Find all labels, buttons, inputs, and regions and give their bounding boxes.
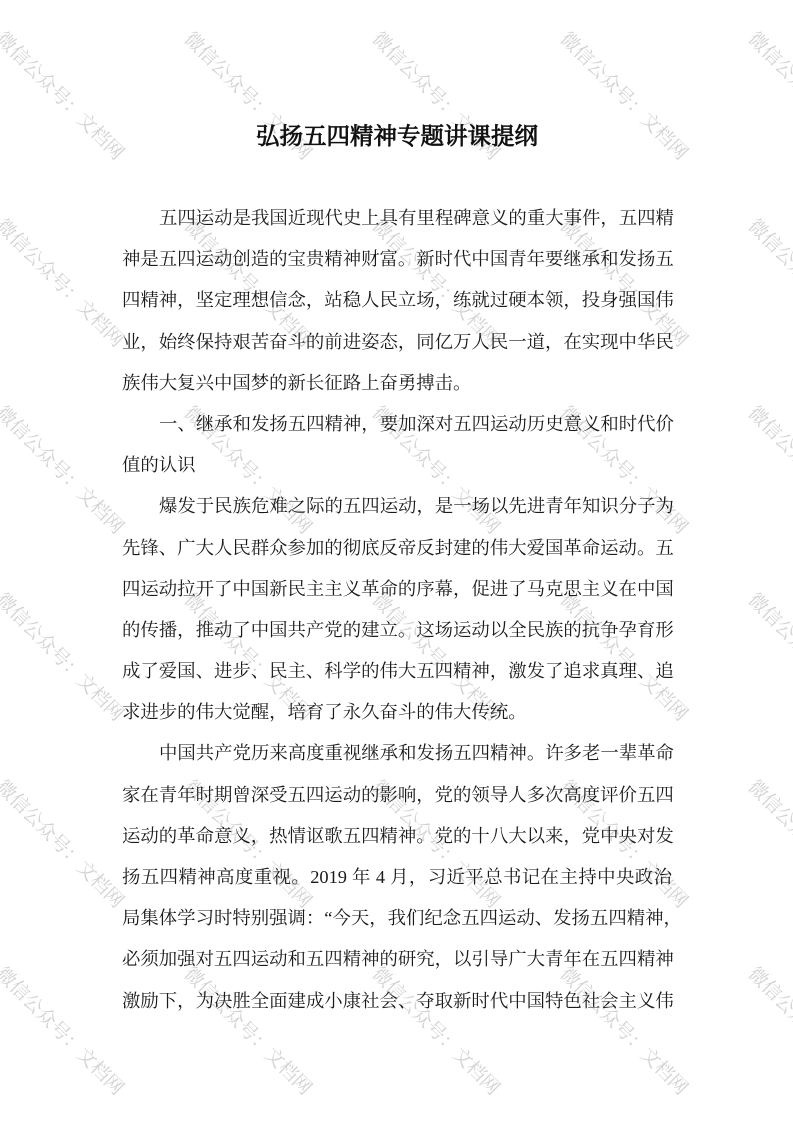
watermark-text: 微信公众号：文档网 [0,399,131,539]
paragraph-line: 先锋、广大人民群众参加的彻底反帝反封建的伟大爱国革命运动。五 [122,528,672,569]
paragraph-line: 中国共产党历来高度重视继承和发扬五四精神。许多老一辈革命 [122,733,672,774]
paragraph-line: 的传播，推动了中国共产党的建立。这场运动以全民族的抗争孕育形 [122,610,672,651]
paragraph-line: 求进步的伟大觉醒，培育了永久奋斗的伟大传统。 [122,692,672,733]
paragraph-line: 爆发于民族危难之际的五四运动，是一场以先进青年知识分子为 [122,486,672,527]
watermark-text: 微信公众号：文档网 [743,212,793,352]
watermark-text: 微信公众号：文档网 [743,399,793,539]
document-page: 微信公众号：文档网微信公众号：文档网微信公众号：文档网微信公众号：文档网微信公众… [0,0,793,1122]
paragraph-line: 神是五四运动创造的宝贵精神财富。新时代中国青年要继承和发扬五 [122,239,672,280]
paragraph-line: 业，始终保持艰苦奋斗的前进姿态，同亿万人民一道，在实现中华民 [122,322,672,363]
watermark-text: 微信公众号：文档网 [0,773,131,913]
watermark-text: 微信公众号：文档网 [0,212,131,352]
document-title: 弘扬五四精神专题讲课提纲 [122,121,672,153]
watermark-text: 微信公众号：文档网 [743,960,793,1100]
paragraph-line: 运动的革命意义，热情讴歌五四精神。党的十八大以来，党中央对发 [122,816,672,857]
paragraph-line: 四运动拉开了中国新民主主义革命的序幕，促进了马克思主义在中国 [122,569,672,610]
paragraph-line: 必须加强对五四运动和五四精神的研究，以引导广大青年在五四精神 [122,939,672,980]
watermark-text: 微信公众号：文档网 [0,25,131,165]
watermark-text: 微信公众号：文档网 [743,586,793,726]
paragraph-line: 族伟大复兴中国梦的新长征路上奋勇搏击。 [122,363,672,404]
paragraph-line: 激励下，为决胜全面建成小康社会、夺取新时代中国特色社会主义伟 [122,981,672,1022]
paragraph-line: 五四运动是我国近现代史上具有里程碑意义的重大事件，五四精 [122,198,672,239]
document-body: 五四运动是我国近现代史上具有里程碑意义的重大事件，五四精神是五四运动创造的宝贵精… [122,198,672,1022]
watermark-text: 微信公众号：文档网 [743,773,793,913]
watermark-text: 微信公众号：文档网 [743,25,793,165]
heading-line: 值的认识 [122,445,672,486]
watermark-text: 微信公众号：文档网 [0,586,131,726]
paragraph-line: 成了爱国、进步、民主、科学的伟大五四精神，激发了追求真理、追 [122,651,672,692]
heading-line: 一、继承和发扬五四精神，要加深对五四运动历史意义和时代价 [122,404,672,445]
paragraph-line: 扬五四精神高度重视。2019 年 4 月，习近平总书记在主持中央政治 [122,857,672,898]
paragraph-line: 四精神，坚定理想信念，站稳人民立场，练就过硬本领，投身强国伟 [122,280,672,321]
paragraph-line: 局集体学习时特别强调：“今天，我们纪念五四运动、发扬五四精神， [122,898,672,939]
watermark-text: 微信公众号：文档网 [0,960,131,1100]
paragraph-line: 家在青年时期曾深受五四运动的影响，党的领导人多次高度评价五四 [122,775,672,816]
